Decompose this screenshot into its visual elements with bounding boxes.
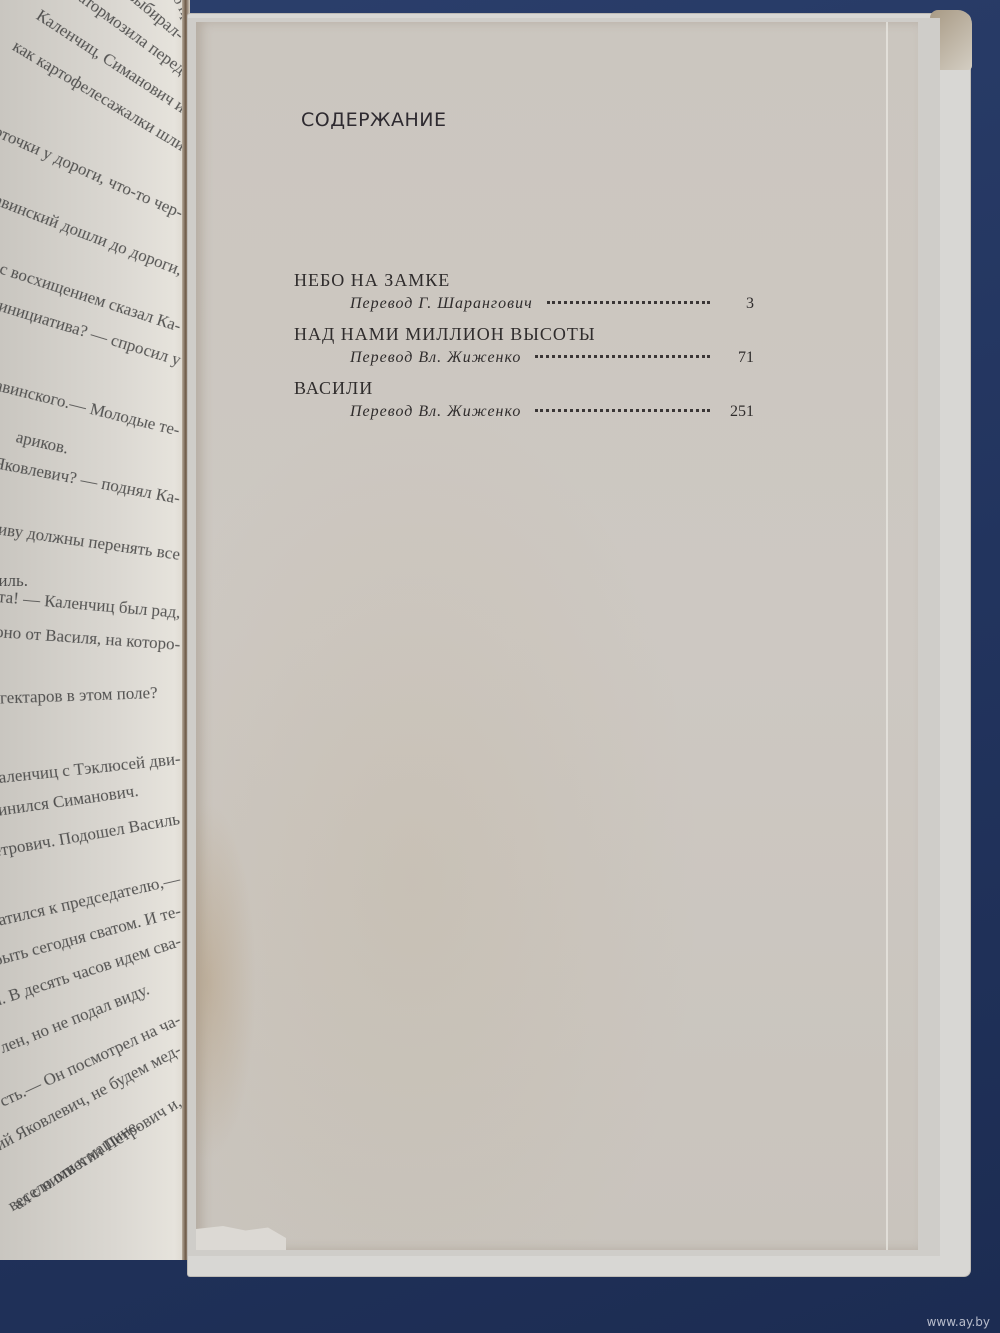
toc-entry: НЕБО НА ЗАМКЕ Перевод Г. Шарангович 3 — [294, 268, 754, 316]
left-page-line: ий Яковлевич? — поднял Ка- — [0, 450, 182, 507]
toc-entry: НАД НАМИ МИЛЛИОН ВЫСОТЫ Перевод Вл. Жиже… — [294, 322, 754, 370]
dot-leader — [535, 355, 710, 358]
toc-entry-page: 71 — [724, 346, 754, 370]
toc-entry: ВАСИЛИ Перевод Вл. Жиженко 251 — [294, 376, 754, 424]
toc-entry-line: Перевод Вл. Жиженко 71 — [294, 346, 754, 370]
left-facing-page: было прибыльно лся Чиж, и, пока выбирал-… — [0, 0, 190, 1260]
left-page-line: силь. — [0, 572, 28, 589]
table-of-contents: НЕБО НА ЗАМКЕ Перевод Г. Шарангович 3 НА… — [294, 268, 754, 430]
toc-entry-line: Перевод Г. Шарангович 3 — [294, 292, 754, 316]
watermark: www.ay.by — [927, 1315, 990, 1329]
toc-entry-page: 3 — [724, 292, 754, 316]
left-page-line: ариков. — [14, 428, 70, 457]
toc-entry-line: Перевод Вл. Жиженко 251 — [294, 400, 754, 424]
contents-page: СОДЕРЖАНИЕ НЕБО НА ЗАМКЕ Перевод Г. Шара… — [196, 22, 918, 1250]
left-page-line: и Петрович. Подошел Василь — [0, 810, 181, 864]
toc-entry-translator: Перевод Г. Шарангович — [350, 292, 533, 316]
toc-entry-title: ВАСИЛИ — [294, 376, 754, 400]
toc-entry-page: 251 — [724, 400, 754, 424]
water-stain — [196, 802, 256, 1162]
toc-entry-title: НЕБО НА ЗАМКЕ — [294, 268, 754, 292]
left-page-line: о оно от Василя, на которо- — [0, 622, 181, 653]
toc-entry-title: НАД НАМИ МИЛЛИОН ВЫСОТЫ — [294, 322, 754, 346]
left-page-line: ько гектаров в этом поле? — [0, 684, 158, 707]
left-page-line: И Каленчиц с Тэклюсей дви- — [0, 750, 181, 789]
torn-corner — [196, 1220, 286, 1250]
tape-edge — [886, 22, 888, 1250]
left-page-line: оединился Симанович. — [0, 782, 139, 822]
page-title: СОДЕРЖАНИЕ — [301, 109, 447, 131]
left-page-line: ативу должны перенять все — [0, 519, 181, 563]
left-page-line: абота! — Каленчиц был рад, — [0, 586, 181, 621]
toc-entry-translator: Перевод Вл. Жиженко — [350, 400, 521, 424]
toc-entry-translator: Перевод Вл. Жиженко — [350, 346, 521, 370]
dot-leader — [535, 409, 710, 412]
dot-leader — [547, 301, 710, 304]
